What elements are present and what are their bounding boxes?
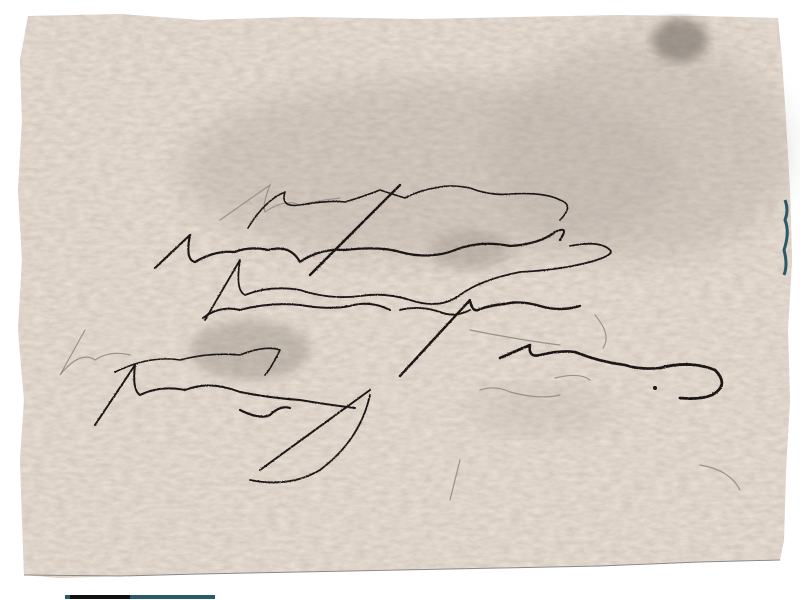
- calligraphy-paper: [0, 0, 800, 600]
- artwork-photo: [0, 0, 800, 600]
